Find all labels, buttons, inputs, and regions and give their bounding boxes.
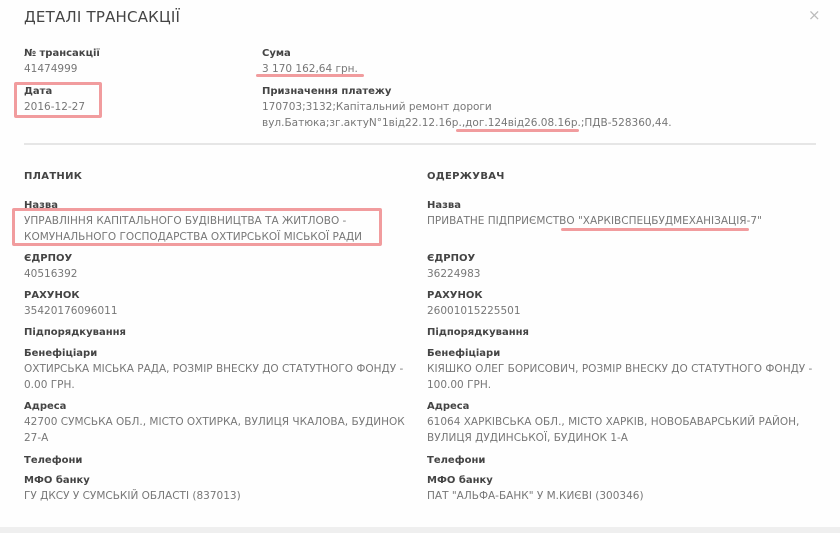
payer-beneficiaries-line-2: 0.00 ГРН. xyxy=(24,377,403,393)
payer-address-line-1: 42700 СУМСЬКА ОБЛ., МІСТО ОХТИРКА, ВУЛИЦ… xyxy=(24,414,405,430)
payer-subordination-label: Підпорядкування xyxy=(24,326,126,340)
amount-underline xyxy=(256,74,364,77)
payer-address-line-2: 27-А xyxy=(24,430,405,446)
purpose-field: Призначення платежу 170703;3132;Капіталь… xyxy=(262,85,672,131)
recipient-address-line-2: ВУЛИЦЯ ДУДИНСЬКОЇ, БУДИНОК 1-А xyxy=(427,430,799,446)
payer-beneficiaries-label: Бенефіціари xyxy=(24,347,403,361)
recipient-mfo-value: ПАТ "АЛЬФА-БАНК" У М.КИЄВІ (300346) xyxy=(427,488,644,504)
transaction-id-value: 41474999 xyxy=(24,61,100,77)
recipient-mfo-field: МФО банку ПАТ "АЛЬФА-БАНК" У М.КИЄВІ (30… xyxy=(427,474,644,504)
purpose-label: Призначення платежу xyxy=(262,85,672,99)
recipient-address-field: Адреса 61064 ХАРКІВСЬКА ОБЛ., МІСТО ХАРК… xyxy=(427,400,799,446)
payer-account-value: 35420176096011 xyxy=(24,303,118,319)
payer-phones-label: Телефони xyxy=(24,454,82,468)
recipient-account-field: РАХУНОК 26001015225501 xyxy=(427,289,521,319)
recipient-edrpou-value: 36224983 xyxy=(427,266,480,282)
transaction-details-modal: ДЕТАЛІ ТРАНСАКЦІЇ × № трансакції 4147499… xyxy=(0,0,840,527)
payer-mfo-field: МФО банку ГУ ДКСУ У СУМСЬКІЙ ОБЛАСТІ (83… xyxy=(24,474,241,504)
section-divider xyxy=(24,143,816,145)
payer-name-highlight-box xyxy=(12,208,382,246)
modal-title: ДЕТАЛІ ТРАНСАКЦІЇ xyxy=(24,8,180,26)
recipient-phones-label: Телефони xyxy=(427,454,485,468)
recipient-beneficiaries-line-1: КІЯШКО ОЛЕГ БОРИСОВИЧ, РОЗМІР ВНЕСКУ ДО … xyxy=(427,361,812,377)
recipient-address-label: Адреса xyxy=(427,400,799,414)
recipient-edrpou-label: ЄДРПОУ xyxy=(427,252,480,266)
close-icon[interactable]: × xyxy=(808,6,821,24)
payer-beneficiaries-line-1: ОХТИРСЬКА МІСЬКА РАДА, РОЗМІР ВНЕСКУ ДО … xyxy=(24,361,403,377)
recipient-address-line-1: 61064 ХАРКІВСЬКА ОБЛ., МІСТО ХАРКІВ, НОВ… xyxy=(427,414,799,430)
payer-edrpou-label: ЄДРПОУ xyxy=(24,252,77,266)
recipient-name-field: Назва ПРИВАТНЕ ПІДПРИЄМСТВО "ХАРКІВСПЕЦБ… xyxy=(427,199,762,229)
payer-section-title: ПЛАТНИК xyxy=(24,171,82,182)
transaction-id-label: № трансакції xyxy=(24,47,100,61)
payer-phones-field: Телефони xyxy=(24,454,82,468)
recipient-subordination-field: Підпорядкування xyxy=(427,326,529,340)
recipient-phones-field: Телефони xyxy=(427,454,485,468)
purpose-line-1: 170703;3132;Капітальний ремонт дороги xyxy=(262,99,672,115)
contract-underline xyxy=(456,129,579,132)
amount-field: Сума 3 170 162,64 грн. xyxy=(262,47,358,77)
recipient-account-label: РАХУНОК xyxy=(427,289,521,303)
recipient-beneficiaries-label: Бенефіціари xyxy=(427,347,812,361)
payer-beneficiaries-field: Бенефіціари ОХТИРСЬКА МІСЬКА РАДА, РОЗМІ… xyxy=(24,347,403,393)
payer-mfo-label: МФО банку xyxy=(24,474,241,488)
date-highlight-box xyxy=(14,82,102,118)
recipient-beneficiaries-field: Бенефіціари КІЯШКО ОЛЕГ БОРИСОВИЧ, РОЗМІ… xyxy=(427,347,812,393)
modal-footer-bar xyxy=(0,527,840,533)
payer-subordination-field: Підпорядкування xyxy=(24,326,126,340)
recipient-edrpou-field: ЄДРПОУ 36224983 xyxy=(427,252,480,282)
recipient-name-label: Назва xyxy=(427,199,762,213)
payer-address-field: Адреса 42700 СУМСЬКА ОБЛ., МІСТО ОХТИРКА… xyxy=(24,400,405,446)
amount-label: Сума xyxy=(262,47,358,61)
recipient-section-title: ОДЕРЖУВАЧ xyxy=(427,171,505,182)
payer-mfo-value: ГУ ДКСУ У СУМСЬКІЙ ОБЛАСТІ (837013) xyxy=(24,488,241,504)
recipient-name-value: ПРИВАТНЕ ПІДПРИЄМСТВО "ХАРКІВСПЕЦБУДМЕХА… xyxy=(427,213,762,229)
recipient-subordination-label: Підпорядкування xyxy=(427,326,529,340)
payer-edrpou-field: ЄДРПОУ 40516392 xyxy=(24,252,77,282)
payer-account-field: РАХУНОК 35420176096011 xyxy=(24,289,118,319)
transaction-id-field: № трансакції 41474999 xyxy=(24,47,100,77)
payer-address-label: Адреса xyxy=(24,400,405,414)
payer-edrpou-value: 40516392 xyxy=(24,266,77,282)
payer-account-label: РАХУНОК xyxy=(24,289,118,303)
recipient-name-underline xyxy=(561,228,749,231)
recipient-account-value: 26001015225501 xyxy=(427,303,521,319)
recipient-beneficiaries-line-2: 100.00 ГРН. xyxy=(427,377,812,393)
recipient-mfo-label: МФО банку xyxy=(427,474,644,488)
